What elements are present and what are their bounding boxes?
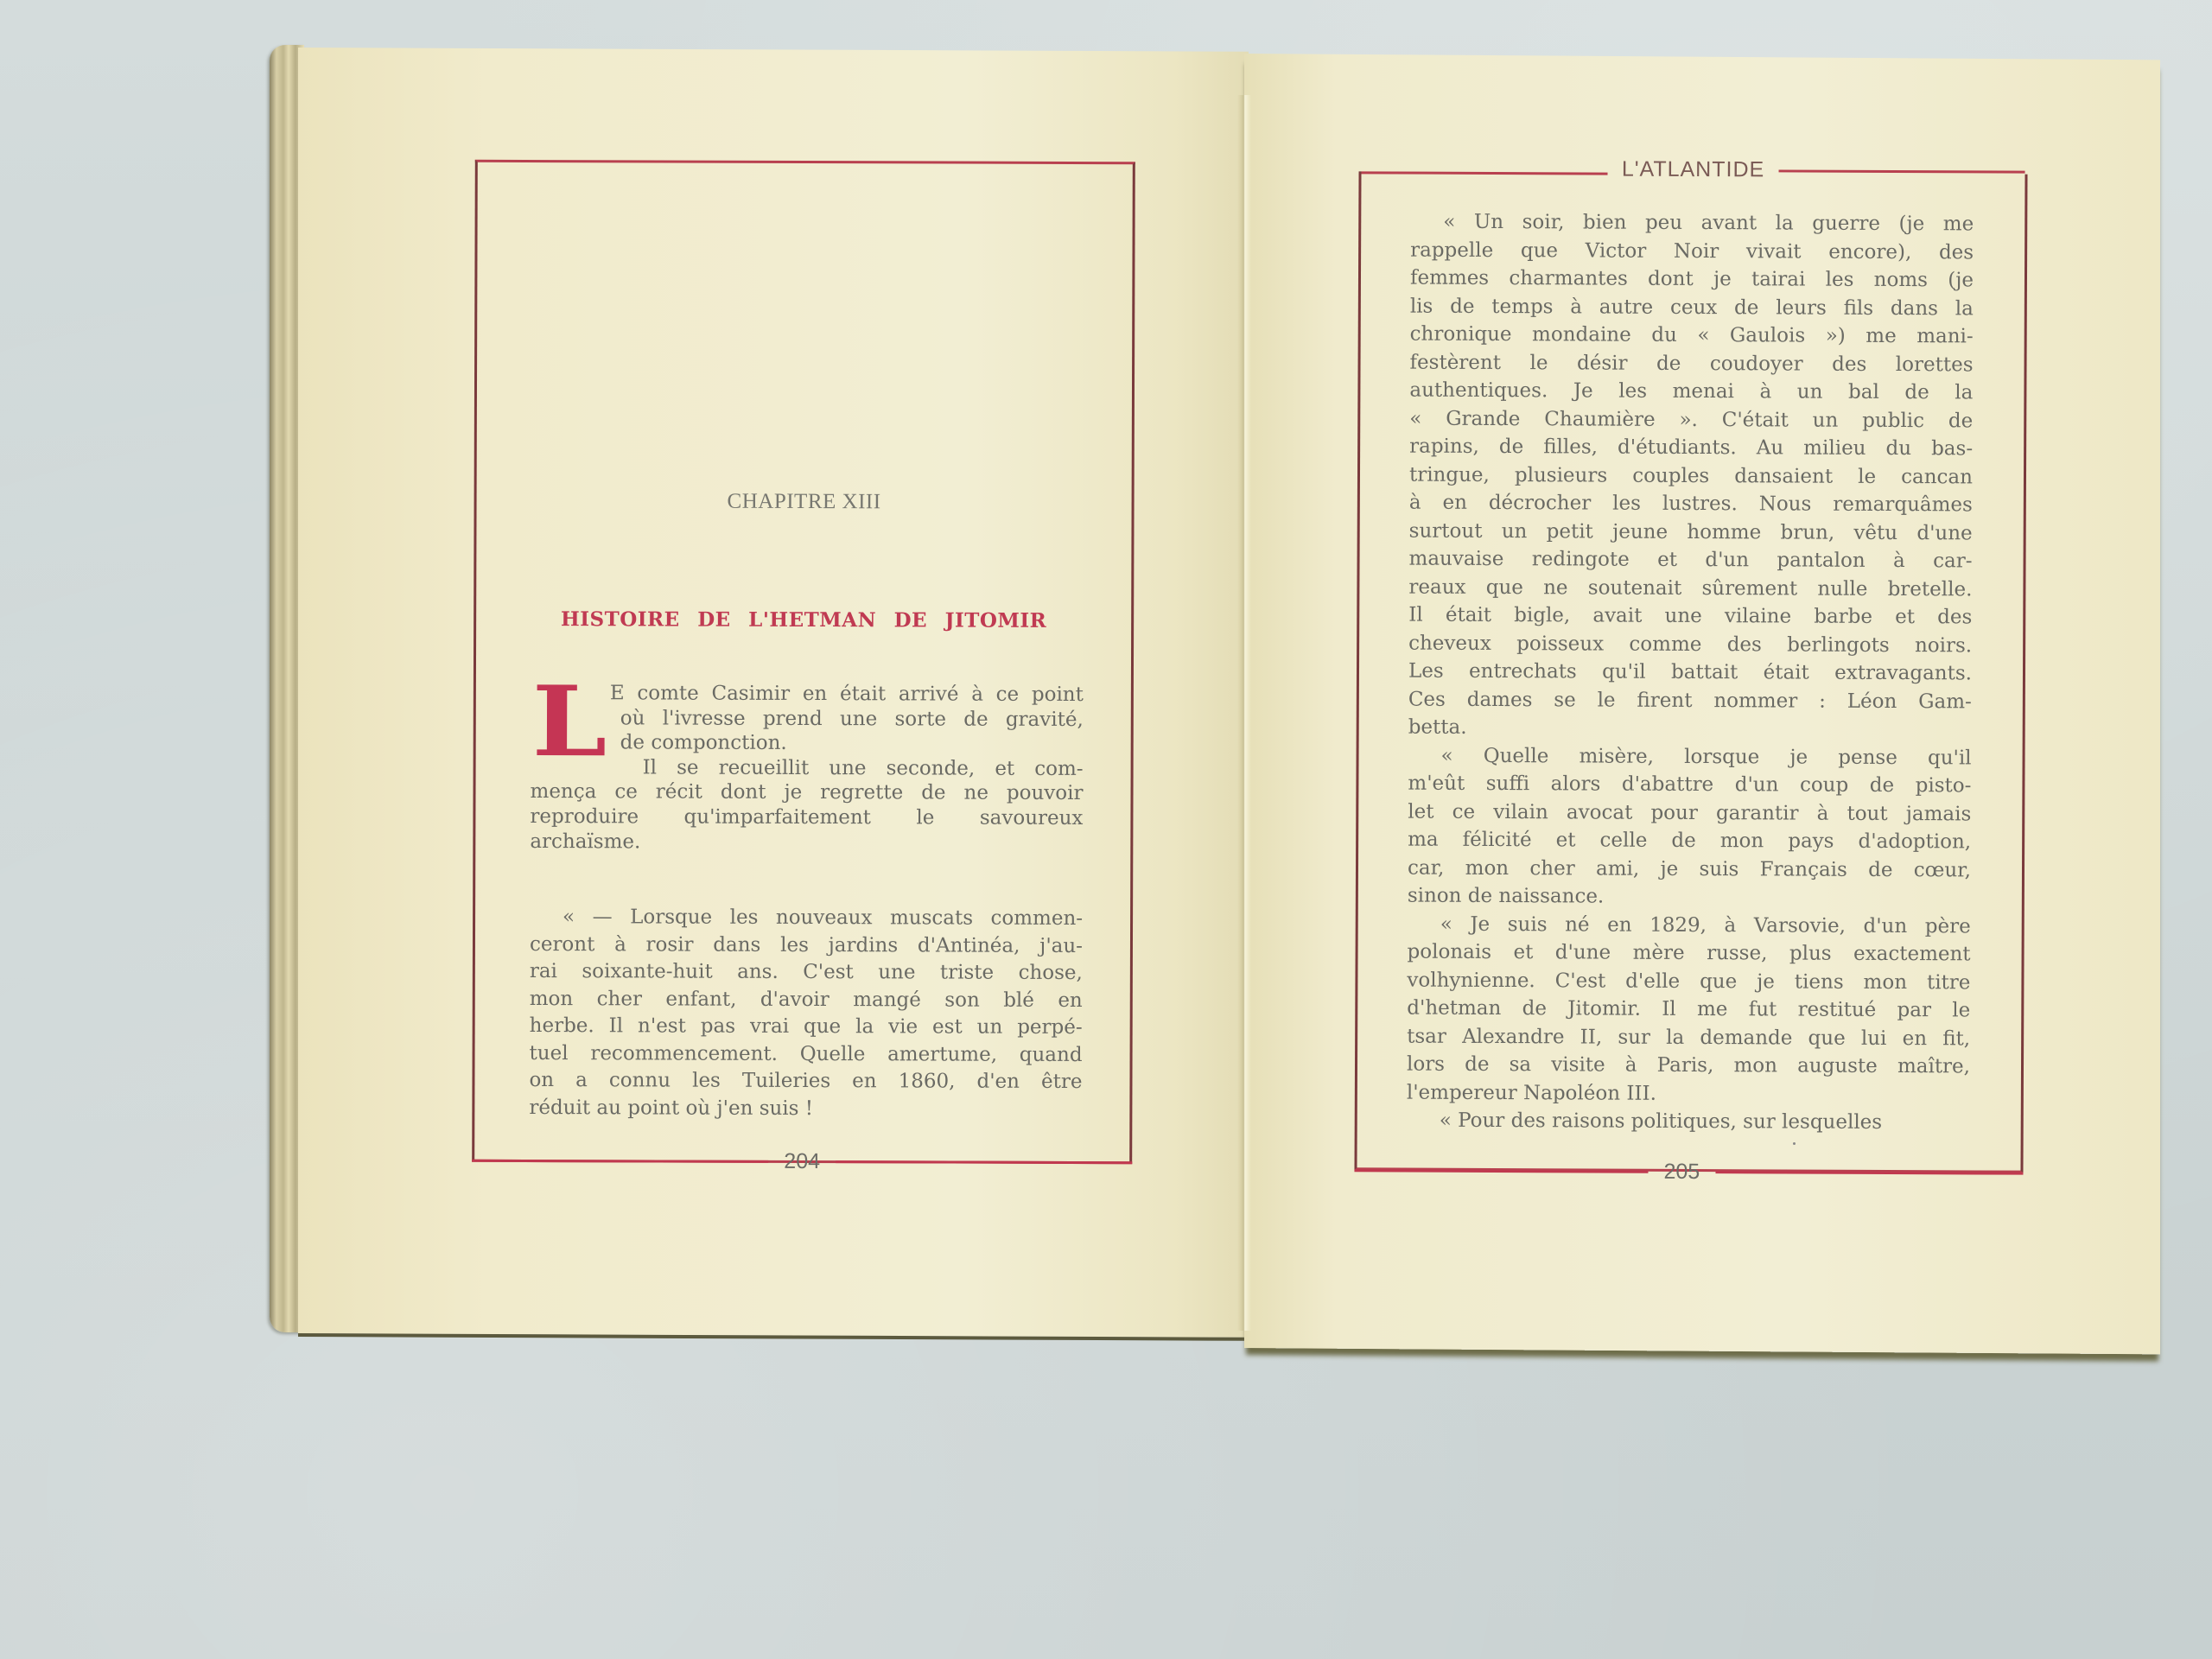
left-page-footer: 204 (472, 1147, 1132, 1175)
text-line: d'hetman de Jitomir. Il me fut restitué … (1407, 995, 1970, 1025)
footer-rule (1715, 1171, 2023, 1175)
text-line: ma félicité et celle de mon pays d'adopt… (1408, 826, 1971, 856)
text-line: rai soixante-huit ans. C'est une triste … (530, 958, 1083, 988)
text-line: archaïsme. (530, 829, 1083, 856)
text-line: authentiques. Je les menai à un bal de l… (1409, 377, 1973, 407)
text-line: « — Lorsque les nouveaux muscats commen- (530, 904, 1083, 933)
text-line: « Un soir, bien peu avant la guerre (je … (1410, 208, 1974, 238)
text-line: « Grande Chaumière ». C'était un public … (1409, 404, 1973, 435)
text-line: festèrent le désir de coudoyer des loret… (1409, 348, 1973, 378)
text-line: mon cher enfant, d'avoir mangé son blé e… (530, 986, 1083, 1015)
intro-paragraph: E comte Casimir en était arrivé à ce poi… (530, 681, 1084, 855)
text-line: reproduire qu'imparfaitement le savoureu… (530, 804, 1083, 831)
footer-rule (472, 1159, 768, 1162)
text-line: betta. (1408, 714, 1972, 744)
text-line: de componction. (531, 730, 1084, 757)
text-line: « Pour des raisons politiques, sur lesqu… (1407, 1107, 1970, 1137)
text-line: à en décrocher les lustres. Nous remarqu… (1409, 489, 1973, 519)
text-line: « Je suis né en 1829, à Varsovie, d'un p… (1408, 910, 1971, 940)
header-rule (1778, 169, 2024, 173)
text-line: polonais et d'une mère russe, plus exact… (1408, 938, 1971, 969)
header-rule (1362, 171, 1608, 175)
text-line: femmes charmantes dont je tairai les nom… (1410, 264, 1974, 295)
page-number: 204 (768, 1148, 836, 1174)
quote-paragraph: « — Lorsque les nouveaux muscats commen-… (529, 904, 1083, 1123)
text-line: volhynienne. C'est d'elle que je tiens m… (1407, 966, 1970, 996)
left-page-frame: CHAPITRE XIII HISTOIRE DE L'HETMAN DE JI… (472, 160, 1135, 1164)
text-line: tringue, plusieurs couples dansaient le … (1409, 461, 1973, 491)
text-line: où l'ivresse prend une sorte de gravité, (531, 706, 1084, 733)
text-line: lis de temps à autre ceux de leurs fils … (1410, 292, 1974, 322)
text-line: tsar Alexandre II, sur la demande que lu… (1407, 1022, 1970, 1052)
text-line: mauvaise redingote et d'un pantalon à ca… (1408, 545, 1972, 575)
text-line: l'empereur Napoléon III. (1407, 1078, 1970, 1109)
text-line: surtout un petit jeune homme brun, vêtu … (1409, 517, 1973, 547)
text-line: herbe. Il n'est pas vrai que la vie est … (530, 1013, 1083, 1042)
book-gutter (1237, 95, 1251, 1331)
text-line: cheveux poisseux comme des berlingots no… (1408, 629, 1972, 659)
right-page-footer: 205 (1354, 1157, 2023, 1185)
running-head: L'ATLANTIDE (1361, 145, 2024, 183)
text-line: let ce vilain avocat pour garantir à tou… (1408, 798, 1971, 828)
text-line: mença ce récit dont je regrette de ne po… (530, 779, 1083, 806)
paper-speck (1793, 1142, 1796, 1145)
text-line: ceront à rosir dans les jardins d'Antiné… (530, 931, 1083, 961)
text-line: car, mon cher ami, je suis Français de c… (1408, 854, 1971, 884)
chapter-title: HISTOIRE DE L'HETMAN DE JITOMIR (476, 607, 1131, 632)
chapter-label: CHAPITRE XIII (477, 489, 1132, 515)
text-line: Ces dames se le firent nommer : Léon Gam… (1408, 685, 1972, 715)
right-page-text: « Un soir, bien peu avant la guerre (je … (1407, 208, 1974, 1137)
text-line: on a connu les Tuileries en 1860, d'en ê… (529, 1067, 1082, 1096)
text-line: « Quelle misère, lorsque je pense qu'il (1408, 741, 1972, 772)
text-line: tuel recommencement. Quelle amertume, qu… (530, 1040, 1083, 1070)
text-line: rappelle que Victor Noir vivait encore),… (1410, 236, 1974, 266)
text-line: Il était bigle, avait une vilaine barbe … (1408, 601, 1972, 632)
text-line: m'eût suffi alors d'abattre d'un coup de… (1408, 770, 1971, 800)
text-line: réduit au point où j'en suis ! (529, 1095, 1082, 1124)
text-line: sinon de naissance. (1408, 882, 1971, 912)
text-line: E comte Casimir en était arrivé à ce poi… (531, 681, 1084, 708)
right-page-frame: L'ATLANTIDE « Un soir, bien peu avant la… (1354, 171, 2027, 1173)
page-number: 205 (1648, 1159, 1715, 1185)
text-line: rapins, de filles, d'étudiants. Au milie… (1409, 433, 1973, 463)
footer-rule (1354, 1169, 1648, 1173)
text-line: Les entrechats qu'il battait était extra… (1408, 658, 1972, 688)
text-line: Il se recueillit une seconde, et com- (531, 755, 1084, 782)
text-line: chronique mondaine du « Gaulois ») me ma… (1410, 321, 1974, 351)
text-line: reaux que ne soutenait sûrement nulle br… (1408, 573, 1972, 603)
text-line: lors de sa visite à Paris, mon auguste m… (1407, 1051, 1970, 1081)
running-head-title: L'ATLANTIDE (1608, 157, 1778, 183)
footer-rule (836, 1160, 1132, 1164)
open-book: CHAPITRE XIII HISTOIRE DE L'HETMAN DE JI… (0, 0, 2212, 1659)
